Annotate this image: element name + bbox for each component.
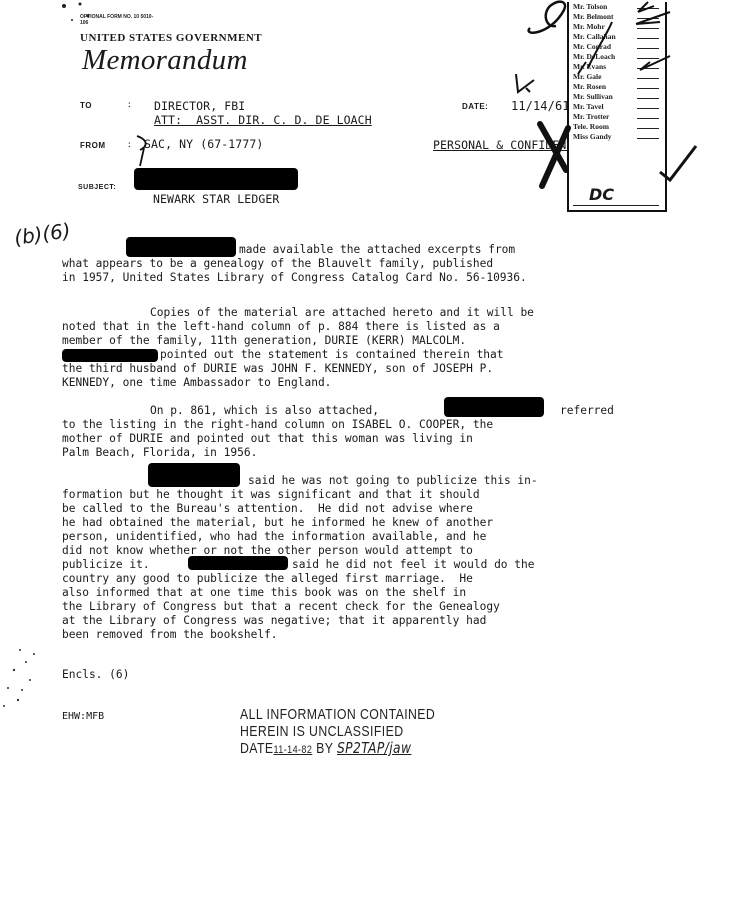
- scan-specks: [0, 640, 60, 720]
- p2-line2: noted that in the left-hand column of p.…: [62, 320, 500, 334]
- to-label: TO: [80, 101, 92, 110]
- p4-line9: also informed that at one time this book…: [62, 586, 466, 600]
- to-recipient: DIRECTOR, FBI: [154, 99, 245, 113]
- from-value: SAC, NY (67-1777): [144, 137, 263, 151]
- to-colon: :: [128, 100, 131, 109]
- p3-line1b: referred: [560, 404, 614, 418]
- p1-line3: in 1957, United States Library of Congre…: [62, 271, 527, 285]
- stamp-by-label: BY: [316, 740, 333, 757]
- p3-line1: On p. 861, which is also attached,: [150, 404, 379, 418]
- reference-initials: EHW:MFB: [62, 710, 104, 724]
- redaction-informant-5: [188, 556, 288, 570]
- redaction-informant-2: [62, 349, 158, 362]
- from-colon: :: [128, 140, 131, 149]
- stamp-line-2: HEREIN IS UNCLASSIFIED: [240, 723, 435, 740]
- p4-line7b: said he did not feel it would do the: [292, 558, 534, 572]
- p4-line7: publicize it.: [62, 558, 150, 572]
- p4-line10: the Library of Congress but that a recen…: [62, 600, 500, 614]
- stamp-signature: SP2TAP/jaw: [337, 739, 412, 757]
- handwritten-hook-mark: [134, 134, 158, 168]
- government-header: UNITED STATES GOVERNMENT: [80, 32, 262, 44]
- p4-line4: he had obtained the material, but he inf…: [62, 516, 493, 530]
- p1-line1: made available the attached excerpts fro…: [239, 243, 515, 257]
- p2-line6: KENNEDY, one time Ambassador to England.: [62, 376, 331, 390]
- p1-line2: what appears to be a genealogy of the Bl…: [62, 257, 493, 271]
- p2-line1: Copies of the material are attached here…: [150, 306, 534, 320]
- p3-line4: Palm Beach, Florida, in 1956.: [62, 446, 257, 460]
- enclosures: Encls. (6): [62, 668, 129, 682]
- stamp-date: 11-14-82: [274, 744, 313, 756]
- subject-label: SUBJECT:: [78, 184, 116, 191]
- exemption-mark: (b)(6): [13, 218, 72, 250]
- p4-line11: at the Library of Congress was negative;…: [62, 614, 486, 628]
- from-label: FROM: [80, 141, 106, 150]
- p2-line3: member of the family, 11th generation, D…: [62, 334, 466, 348]
- subject-value: NEWARK STAR LEDGER: [153, 192, 279, 206]
- p4-line3: be called to the Bureau's attention. He …: [62, 502, 473, 516]
- p4-line5: person, unidentified, who had the inform…: [62, 530, 486, 544]
- redaction-informant-3: [444, 397, 544, 417]
- scan-specks-top: [60, 0, 100, 30]
- stamp-date-label: DATE: [240, 740, 274, 757]
- handwritten-x-mark: [534, 120, 574, 192]
- declassification-stamp: ALL INFORMATION CONTAINED HEREIN IS UNCL…: [240, 706, 435, 759]
- p4-line12: been removed from the bookshelf.: [62, 628, 278, 642]
- memo-title: Memorandum: [82, 44, 248, 77]
- p3-line3: mother of DURIE and pointed out that thi…: [62, 432, 473, 446]
- to-attention: ATT: ASST. DIR. C. D. DE LOACH: [154, 113, 372, 127]
- p4-line2: formation but he thought it was signific…: [62, 488, 480, 502]
- stamp-line-1: ALL INFORMATION CONTAINED: [240, 706, 435, 723]
- date-label: DATE:: [462, 102, 488, 111]
- p3-line2: to the listing in the right-hand column …: [62, 418, 493, 432]
- redaction-subject: [134, 168, 298, 190]
- redaction-informant-4: [148, 463, 240, 487]
- redaction-informant-1: [126, 237, 236, 257]
- p2-line5: the third husband of DURIE was JOHN F. K…: [62, 362, 493, 376]
- p2-line4: pointed out the statement is contained t…: [160, 348, 504, 362]
- p4-line1: said he was not going to publicize this …: [248, 474, 538, 488]
- p4-line8: country any good to publicize the allege…: [62, 572, 473, 586]
